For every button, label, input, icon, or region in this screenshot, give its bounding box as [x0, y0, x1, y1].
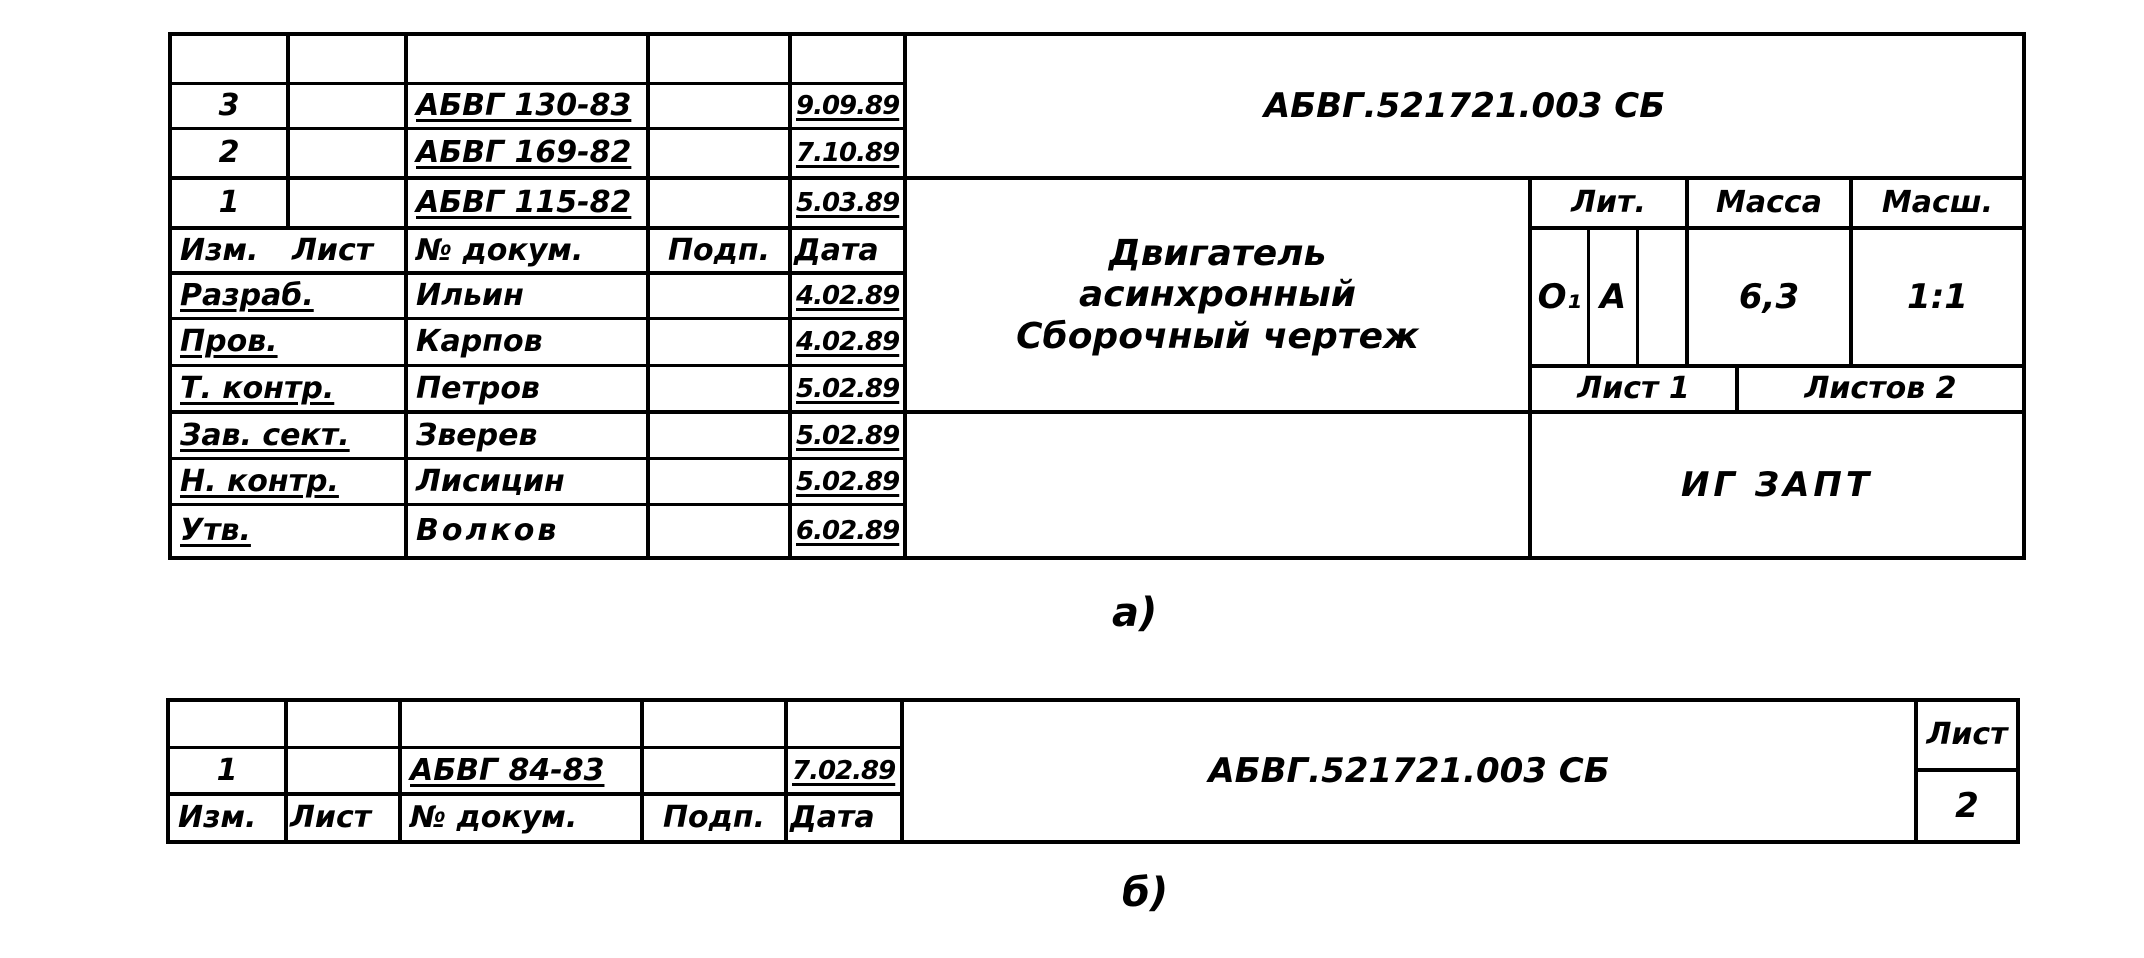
sheets-total: Листов 2	[1739, 368, 2022, 410]
header-date: Дата	[788, 796, 900, 840]
sig-role: Утв.	[172, 506, 404, 556]
sig-role: Пров.	[172, 320, 404, 364]
sig-date: 5.02.89	[792, 414, 904, 457]
sig-date: 6.02.89	[792, 506, 904, 556]
border-bottom	[170, 556, 2026, 560]
caption-a: а)	[1112, 590, 1157, 636]
header-izm: Изм.	[172, 230, 286, 271]
rev-izm: 1	[172, 180, 286, 226]
rev-doc: АБВГ 130-83	[408, 84, 646, 127]
sig-date: 4.02.89	[792, 320, 904, 364]
rev-izm: 1	[170, 749, 284, 792]
header-podp: Подп.	[650, 230, 788, 271]
document-designation: АБВГ.521721.003 СБ	[907, 36, 2022, 176]
rev-izm: 2	[172, 129, 286, 176]
lit-value	[1639, 230, 1685, 364]
mass-label: Масса	[1689, 180, 1849, 226]
header-doc: № докум.	[402, 796, 640, 840]
rev-doc: АБВГ 84-83	[402, 749, 640, 792]
border-right	[2022, 32, 2026, 560]
sig-name: Карпов	[408, 320, 646, 364]
sheet-value: 2	[1918, 772, 2016, 840]
header-list: Лист	[290, 230, 404, 271]
header-doc: № докум.	[408, 230, 646, 271]
caption-b: б)	[1122, 870, 1168, 916]
sheet-label: Лист	[1918, 702, 2016, 768]
sig-name: Зверев	[408, 414, 646, 457]
rev-doc: АБВГ 169-82	[408, 129, 646, 176]
lit-value: О₁	[1532, 230, 1587, 364]
header-date: Дата	[792, 230, 904, 271]
organization: ИГ ЗАПТ	[1532, 414, 2022, 556]
lit-value: А	[1590, 230, 1636, 364]
sig-date: 5.02.89	[792, 460, 904, 503]
product-name-line: Двигатель	[1109, 233, 1327, 274]
header-list: Лист	[288, 796, 398, 840]
document-designation: АБВГ.521721.003 СБ	[904, 702, 1914, 840]
rev-date: 5.03.89	[792, 180, 904, 226]
sig-name: Петров	[408, 367, 646, 410]
mass-value: 6,3	[1689, 230, 1849, 364]
border-bottom	[168, 840, 2020, 844]
sig-name: Волков	[408, 506, 646, 556]
sig-date: 5.02.89	[792, 367, 904, 410]
sig-role: Т. контр.	[172, 367, 404, 410]
rev-date: 7.02.89	[788, 749, 900, 792]
rev-doc: АБВГ 115-82	[408, 180, 646, 226]
rev-date: 9.09.89	[792, 84, 904, 127]
rev-izm: 3	[172, 84, 286, 127]
header-podp: Подп.	[644, 796, 784, 840]
sig-role: Н. контр.	[172, 460, 404, 503]
sig-name: Ильин	[408, 275, 646, 317]
header-izm: Изм.	[170, 796, 284, 840]
sig-role: Зав. сект.	[172, 414, 404, 457]
product-name-line: Сборочный чертеж	[1016, 316, 1419, 357]
product-name: Двигатель асинхронный Сборочный чертеж	[907, 180, 1528, 410]
scale-value: 1:1	[1853, 230, 2022, 364]
sig-date: 4.02.89	[792, 275, 904, 317]
lit-label: Лит.	[1532, 180, 1685, 226]
sig-name: Лисицин	[408, 460, 646, 503]
product-name-line: асинхронный	[1079, 274, 1356, 315]
sig-role: Разраб.	[172, 275, 404, 317]
sheet-number: Лист 1	[1532, 368, 1735, 410]
scale-label: Масш.	[1853, 180, 2022, 226]
rev-date: 7.10.89	[792, 129, 904, 176]
